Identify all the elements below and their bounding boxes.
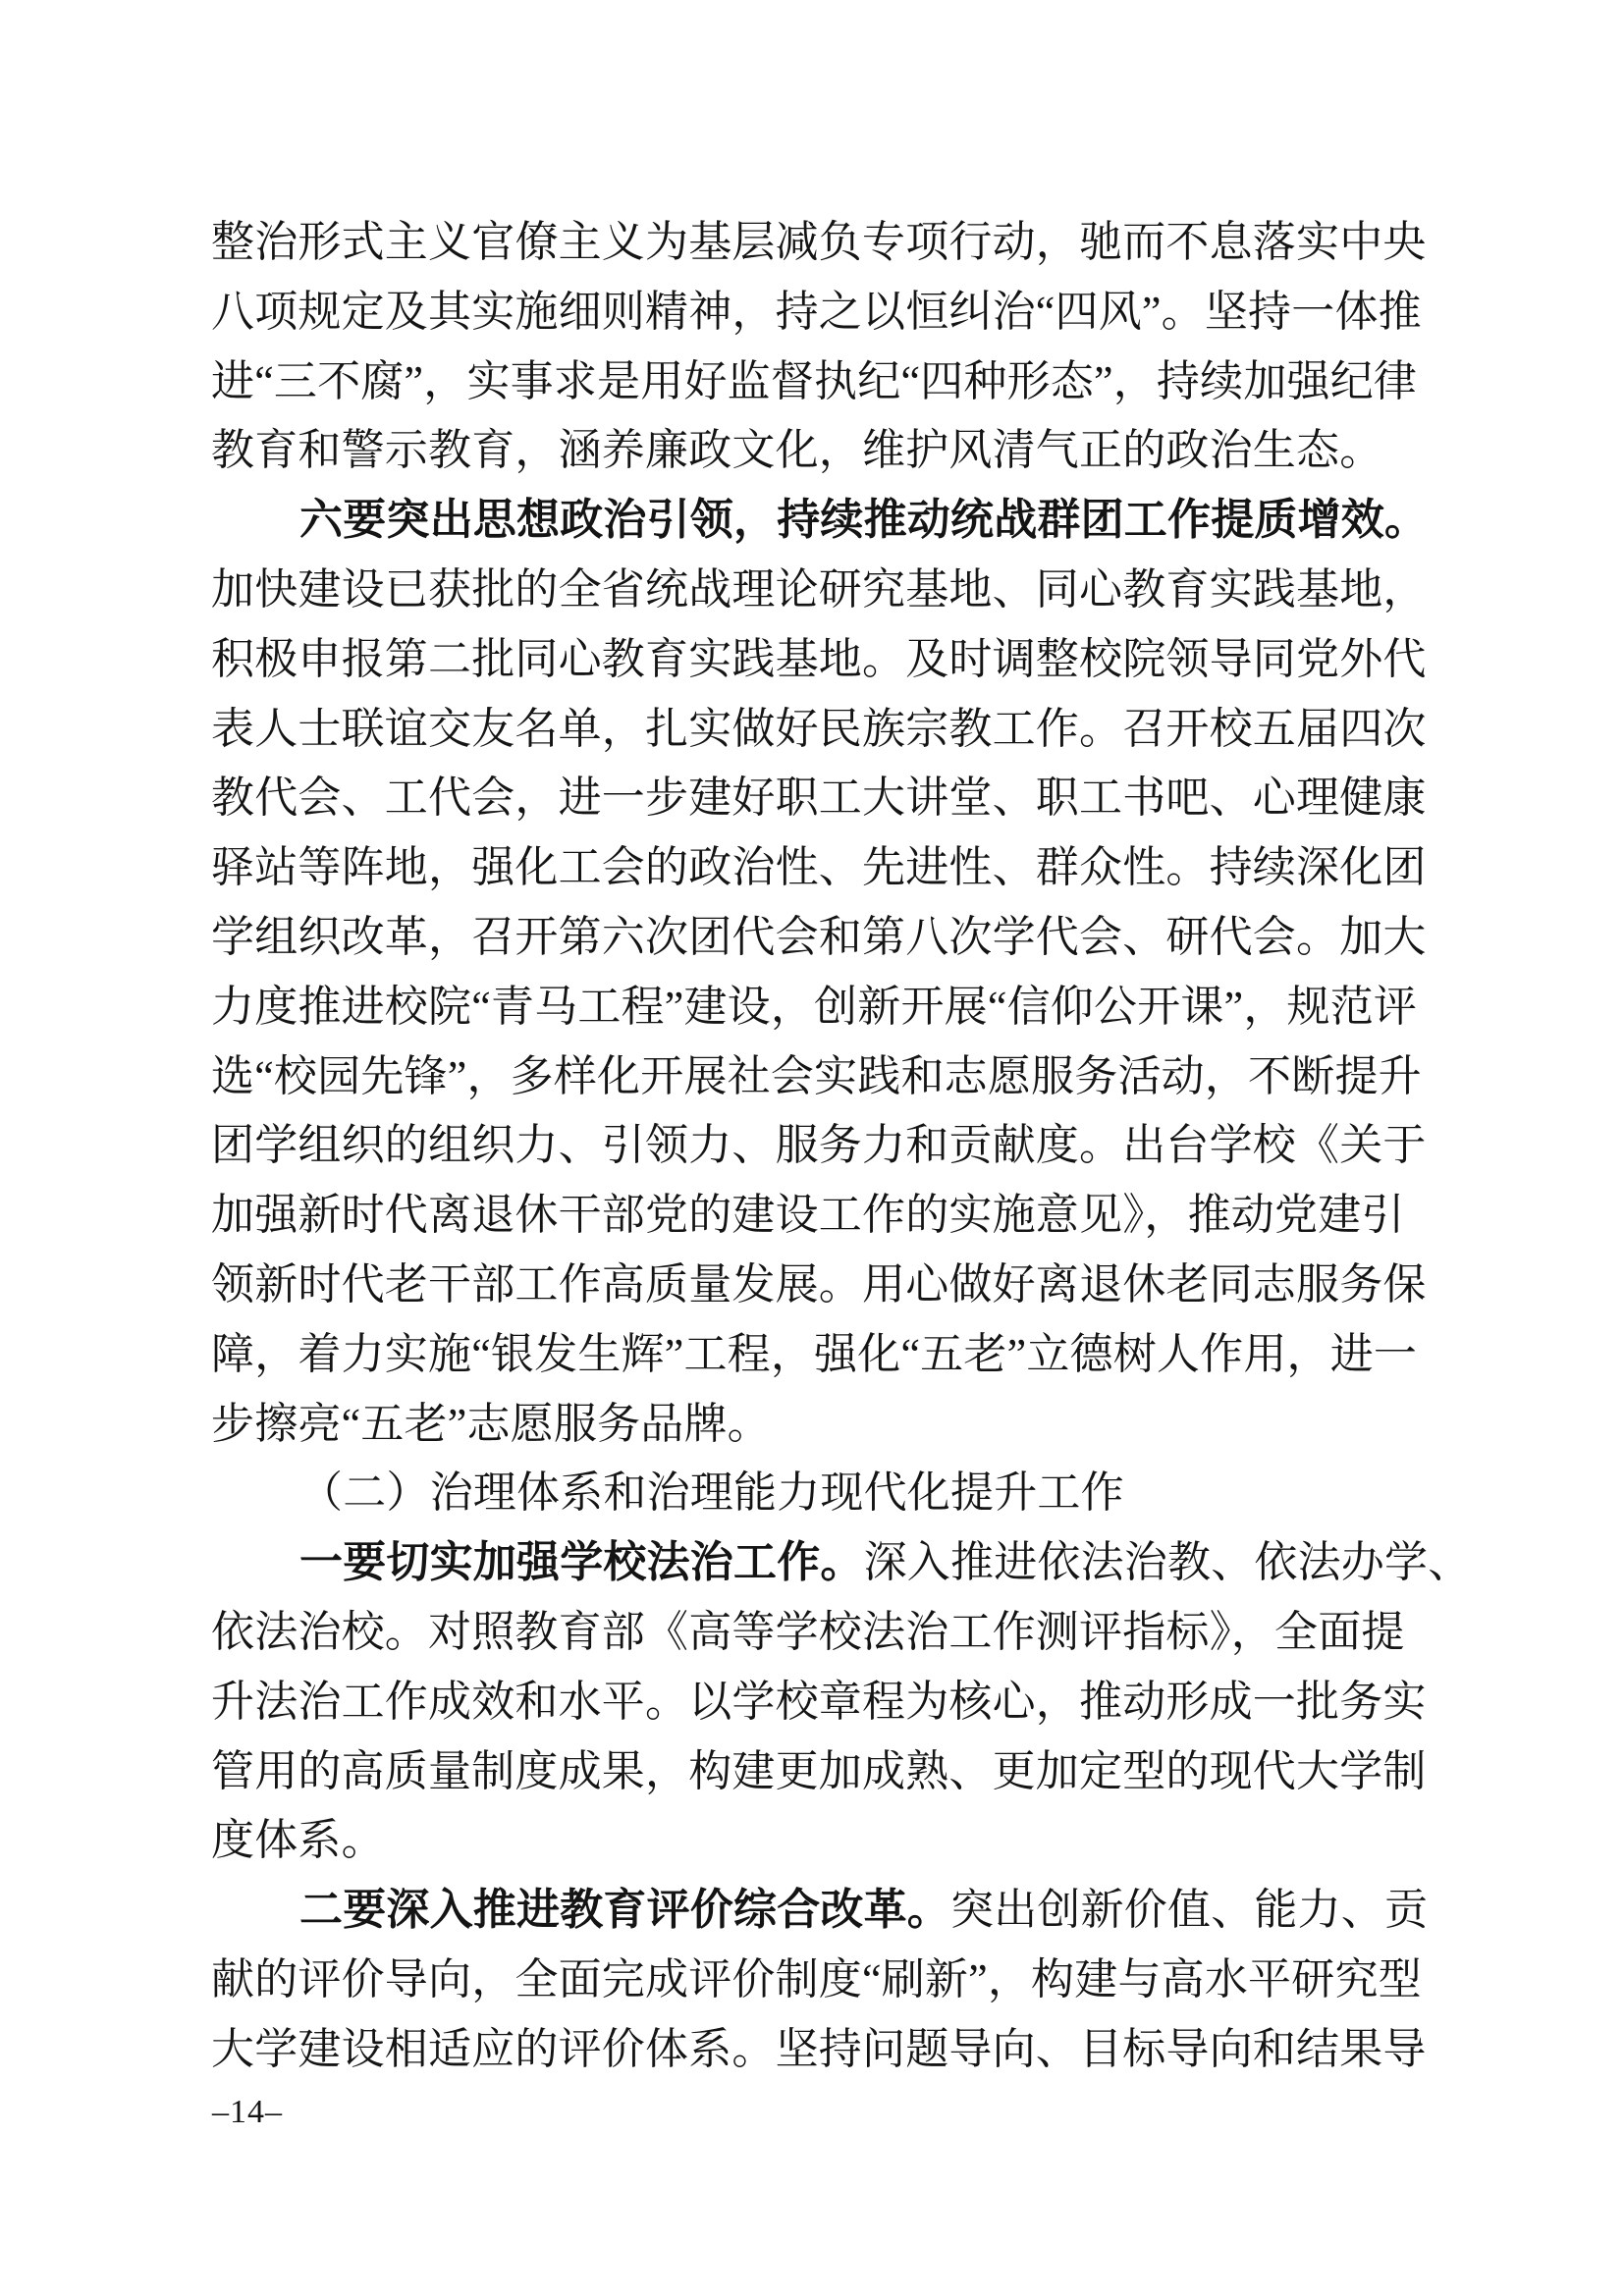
body-line: 学组织改革，召开第六次团代会和第八次学代会、研代会。加大 [211,903,1429,973]
body-line: 教代会、工代会，进一步建好职工大讲堂、职工书吧、心理健康 [211,764,1429,833]
body-line: 度体系。 [211,1806,1429,1876]
body-line: 升法治工作成效和水平。以学校章程为核心，推动形成一批务实 [211,1668,1429,1737]
document-page: 整治形式主义官僚主义为基层减负专项行动，驰而不息落实中央 八项规定及其实施细则精… [0,0,1624,2296]
body-line: 大学建设相适应的评价体系。坚持问题导向、目标导向和结果导 [211,2015,1429,2085]
body-line: 加强新时代离退休干部党的建设工作的实施意见》，推动党建引 [211,1181,1429,1251]
body-line: 献的评价导向，全面完成评价制度“刷新”，构建与高水平研究型 [211,1946,1429,2015]
section-subheading: （二）治理体系和治理能力现代化提升工作 [211,1459,1429,1528]
lead-sentence-bold: 二要深入推进教育评价综合改革。 [299,1886,950,1934]
document-body: 整治形式主义官僚主义为基层减负专项行动，驰而不息落实中央 八项规定及其实施细则精… [211,208,1429,2085]
body-line: 表人士联谊交友名单，扎实做好民族宗教工作。召开校五届四次 [211,695,1429,765]
page-number: –14– [212,2093,283,2132]
paragraph-lead: 二要深入推进教育评价综合改革。突出创新价值、能力、贡 [211,1876,1429,1946]
lead-sentence-bold: 一要切实加强学校法治工作。 [299,1538,864,1586]
body-line: 积极申报第二批同心教育实践基地。及时调整校院领导同党外代 [211,625,1429,695]
body-line: 团学组织的组织力、引领力、服务力和贡献度。出台学校《关于 [211,1111,1429,1181]
body-line: 领新时代老干部工作高质量发展。用心做好离退休老同志服务保 [211,1251,1429,1320]
body-line: 选“校园先锋”，多样化开展社会实践和志愿服务活动，不断提升 [211,1042,1429,1112]
lead-sentence-rest: 深入推进依法治教、依法办学、 [864,1538,1472,1586]
body-line: 整治形式主义官僚主义为基层减负专项行动，驰而不息落实中央 [211,208,1429,278]
body-line: 加快建设已获批的全省统战理论研究基地、同心教育实践基地， [211,556,1429,625]
body-line: 障，着力实施“银发生辉”工程，强化“五老”立德树人作用，进一 [211,1320,1429,1390]
body-line: 进“三不腐”，实事求是用好监督执纪“四种形态”，持续加强纪律 [211,347,1429,417]
body-line: 驿站等阵地，强化工会的政治性、先进性、群众性。持续深化团 [211,833,1429,903]
lead-sentence-bold: 六要突出思想政治引领，持续推动统战群团工作提质增效。 [299,496,1428,544]
lead-sentence-rest: 突出创新价值、能力、贡 [950,1886,1428,1934]
body-line: 步擦亮“五老”志愿服务品牌。 [211,1390,1429,1460]
body-line: 力度推进校院“青马工程”建设，创新开展“信仰公开课”，规范评 [211,973,1429,1042]
body-line: 依法治校。对照教育部《高等学校法治工作测评指标》，全面提 [211,1598,1429,1668]
body-line: 管用的高质量制度成果，构建更加成熟、更加定型的现代大学制 [211,1737,1429,1807]
body-line: 八项规定及其实施细则精神，持之以恒纠治“四风”。坚持一体推 [211,278,1429,347]
paragraph-lead: 一要切实加强学校法治工作。深入推进依法治教、依法办学、 [211,1528,1429,1598]
paragraph-lead: 六要突出思想政治引领，持续推动统战群团工作提质增效。 [211,486,1429,556]
body-line: 教育和警示教育，涵养廉政文化，维护风清气正的政治生态。 [211,416,1429,486]
